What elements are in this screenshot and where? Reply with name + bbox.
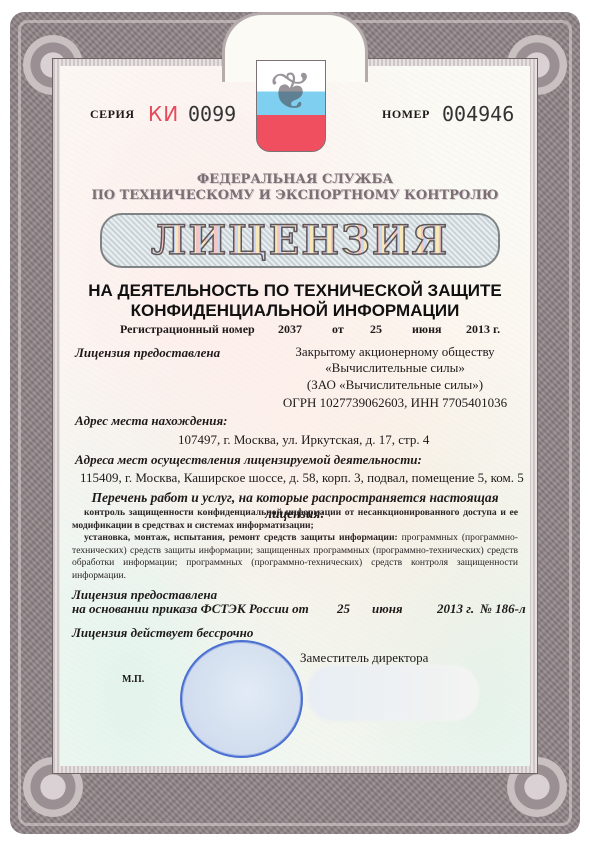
- licensee-label: Лицензия предоставлена: [75, 345, 220, 361]
- agency-name-line1: ФЕДЕРАЛЬНАЯ СЛУЖБА: [0, 172, 590, 187]
- activity-address-value: 115409, г. Москва, Каширское шоссе, д. 5…: [80, 470, 524, 486]
- order-number: № 186-л: [480, 601, 526, 617]
- registration-from: от: [332, 322, 344, 337]
- service-item-heading: установка, монтаж, испытания, ремонт сре…: [84, 532, 398, 543]
- activity-title-line2: КОНФИДЕНЦИАЛЬНОЙ ИНФОРМАЦИИ: [0, 301, 590, 321]
- registration-number: 2037: [278, 322, 302, 337]
- document-title: ЛИЦЕНЗИЯ: [151, 217, 449, 264]
- russian-coat-of-arms-icon: ❦: [256, 60, 326, 152]
- order-year: 2013 г.: [437, 601, 474, 617]
- address-label: Адрес места нахождения:: [75, 413, 228, 429]
- stamp-place-label: М.П.: [122, 674, 144, 685]
- number-label: НОМЕР: [382, 107, 430, 122]
- signature-redacted: [307, 665, 479, 721]
- service-item: контроль защищенности конфиденциальной и…: [72, 507, 518, 532]
- series-code: КИ: [148, 102, 179, 126]
- activity-address-label: Адреса мест осуществления лицензируемой …: [75, 452, 422, 468]
- seal-stamp-redacted: [180, 640, 303, 758]
- order-day: 25: [337, 601, 350, 617]
- order-month: июня: [372, 601, 403, 617]
- signatory-position: Заместитель директора: [300, 650, 428, 666]
- registration-label: Регистрационный номер: [120, 322, 255, 337]
- registration-month: июня: [412, 322, 442, 337]
- document-number: 004946: [442, 102, 514, 126]
- licensee-ids: ОГРН 1027739062603, ИНН 7705401036: [270, 395, 520, 411]
- double-headed-eagle-icon: ❦: [269, 67, 313, 119]
- license-title-banner: ЛИЦЕНЗИЯ: [100, 213, 500, 268]
- licensee-name-line2: «Вычислительные силы»: [270, 360, 520, 376]
- series-label: СЕРИЯ: [90, 107, 135, 122]
- registration-day: 25: [370, 322, 382, 337]
- service-item: установка, монтаж, испытания, ремонт сре…: [72, 532, 518, 582]
- registration-year: 2013 г.: [466, 322, 500, 337]
- series-number: 0099: [188, 102, 236, 126]
- services-list: контроль защищенности конфиденциальной и…: [72, 507, 518, 582]
- licensee-short-name: (ЗАО «Вычислительные силы»): [270, 377, 520, 393]
- licensee-name-line1: Закрытому акционерному обществу: [270, 344, 520, 360]
- address-value: 107497, г. Москва, ул. Иркутская, д. 17,…: [178, 432, 429, 448]
- agency-name-line2: ПО ТЕХНИЧЕСКОМУ И ЭКСПОРТНОМУ КОНТРОЛЮ: [0, 188, 590, 203]
- activity-title-line1: НА ДЕЯТЕЛЬНОСТЬ ПО ТЕХНИЧЕСКОЙ ЗАЩИТЕ: [0, 281, 590, 301]
- validity-text: Лицензия действует бессрочно: [72, 625, 253, 641]
- order-label-line2: на основании приказа ФСТЭК России от: [72, 601, 309, 617]
- service-item-text: контроль защищенности конфиденциальной и…: [72, 507, 518, 531]
